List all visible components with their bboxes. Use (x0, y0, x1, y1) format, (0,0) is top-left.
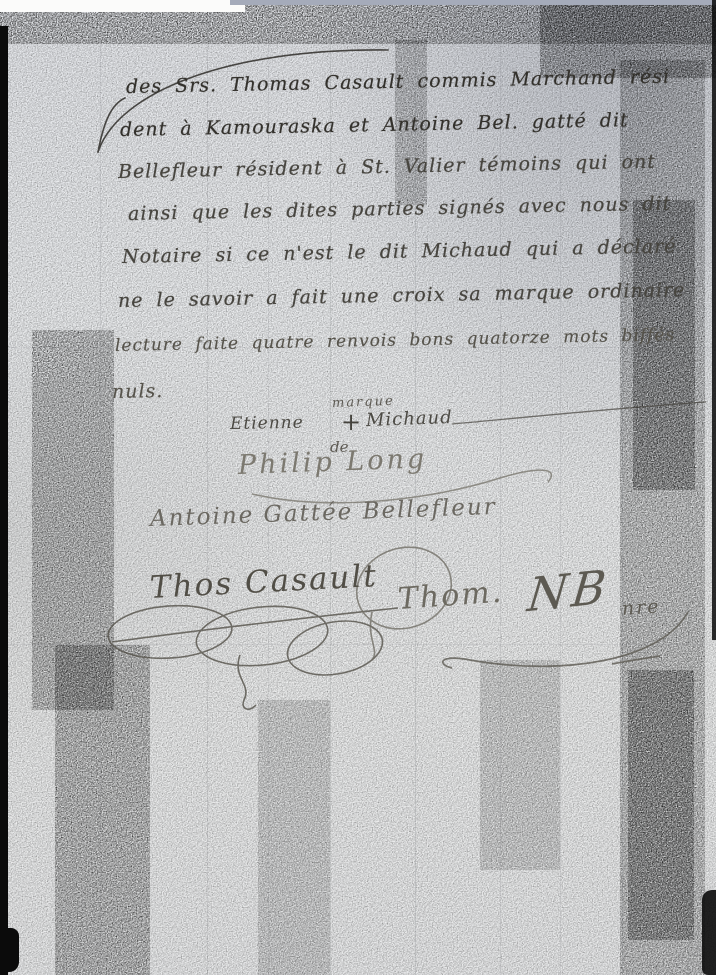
scan-blob-bottom-right (702, 890, 716, 975)
manuscript-line-4: ainsi que les dites parties signés avec … (128, 193, 672, 225)
manuscript-line-6: ne le savoir a fait une croix sa marque … (118, 279, 686, 312)
signature-thos-casault: Thos Casault (149, 558, 379, 606)
mark-first-name: Etienne (230, 413, 304, 434)
fold-line (268, 0, 269, 975)
scan-edge-right (712, 0, 716, 640)
signature-notary-initials: NB (525, 559, 612, 622)
mark-last-name: Michaud (366, 407, 453, 431)
fold-line (415, 0, 416, 975)
fold-line-horizontal (0, 644, 716, 645)
document-scan: des Srs. Thomas Casault commis Marchand … (0, 0, 716, 975)
manuscript-line-2: dent à Kamouraska et Antoine Bel. gatté … (120, 109, 629, 141)
fold-line (500, 0, 501, 975)
manuscript-line-7: lecture faite quatre renvois bons quator… (115, 325, 676, 356)
signature-philip-long: Philip Long (237, 443, 427, 481)
fold-line (100, 0, 101, 975)
fold-line (330, 0, 331, 975)
fold-line (622, 0, 623, 975)
manuscript-line-5: Notaire si ce n'est le dit Michaud qui a… (122, 235, 677, 268)
signature-notary-suffix: nre (621, 595, 661, 620)
fold-line (560, 0, 561, 975)
scan-blob-bottom-left (0, 928, 19, 972)
signature-thom-paraph: Thom. (397, 575, 505, 617)
scan-edge-left (0, 26, 8, 975)
fold-line (688, 0, 689, 975)
scan-edge-top-gray (230, 0, 716, 5)
opening-flourish (0, 0, 716, 975)
manuscript-line-8: nuls. (112, 380, 164, 403)
paper-grain-texture (0, 0, 716, 975)
manuscript-line-3: Bellefleur résident à St. Valier témoins… (118, 151, 656, 183)
fold-line (207, 0, 208, 975)
mark-cross-icon: + (341, 408, 361, 436)
signature-antoine-bellefleur: Antoine Gattée Bellefleur (150, 494, 498, 532)
scan-edge-top-white (0, 0, 245, 12)
